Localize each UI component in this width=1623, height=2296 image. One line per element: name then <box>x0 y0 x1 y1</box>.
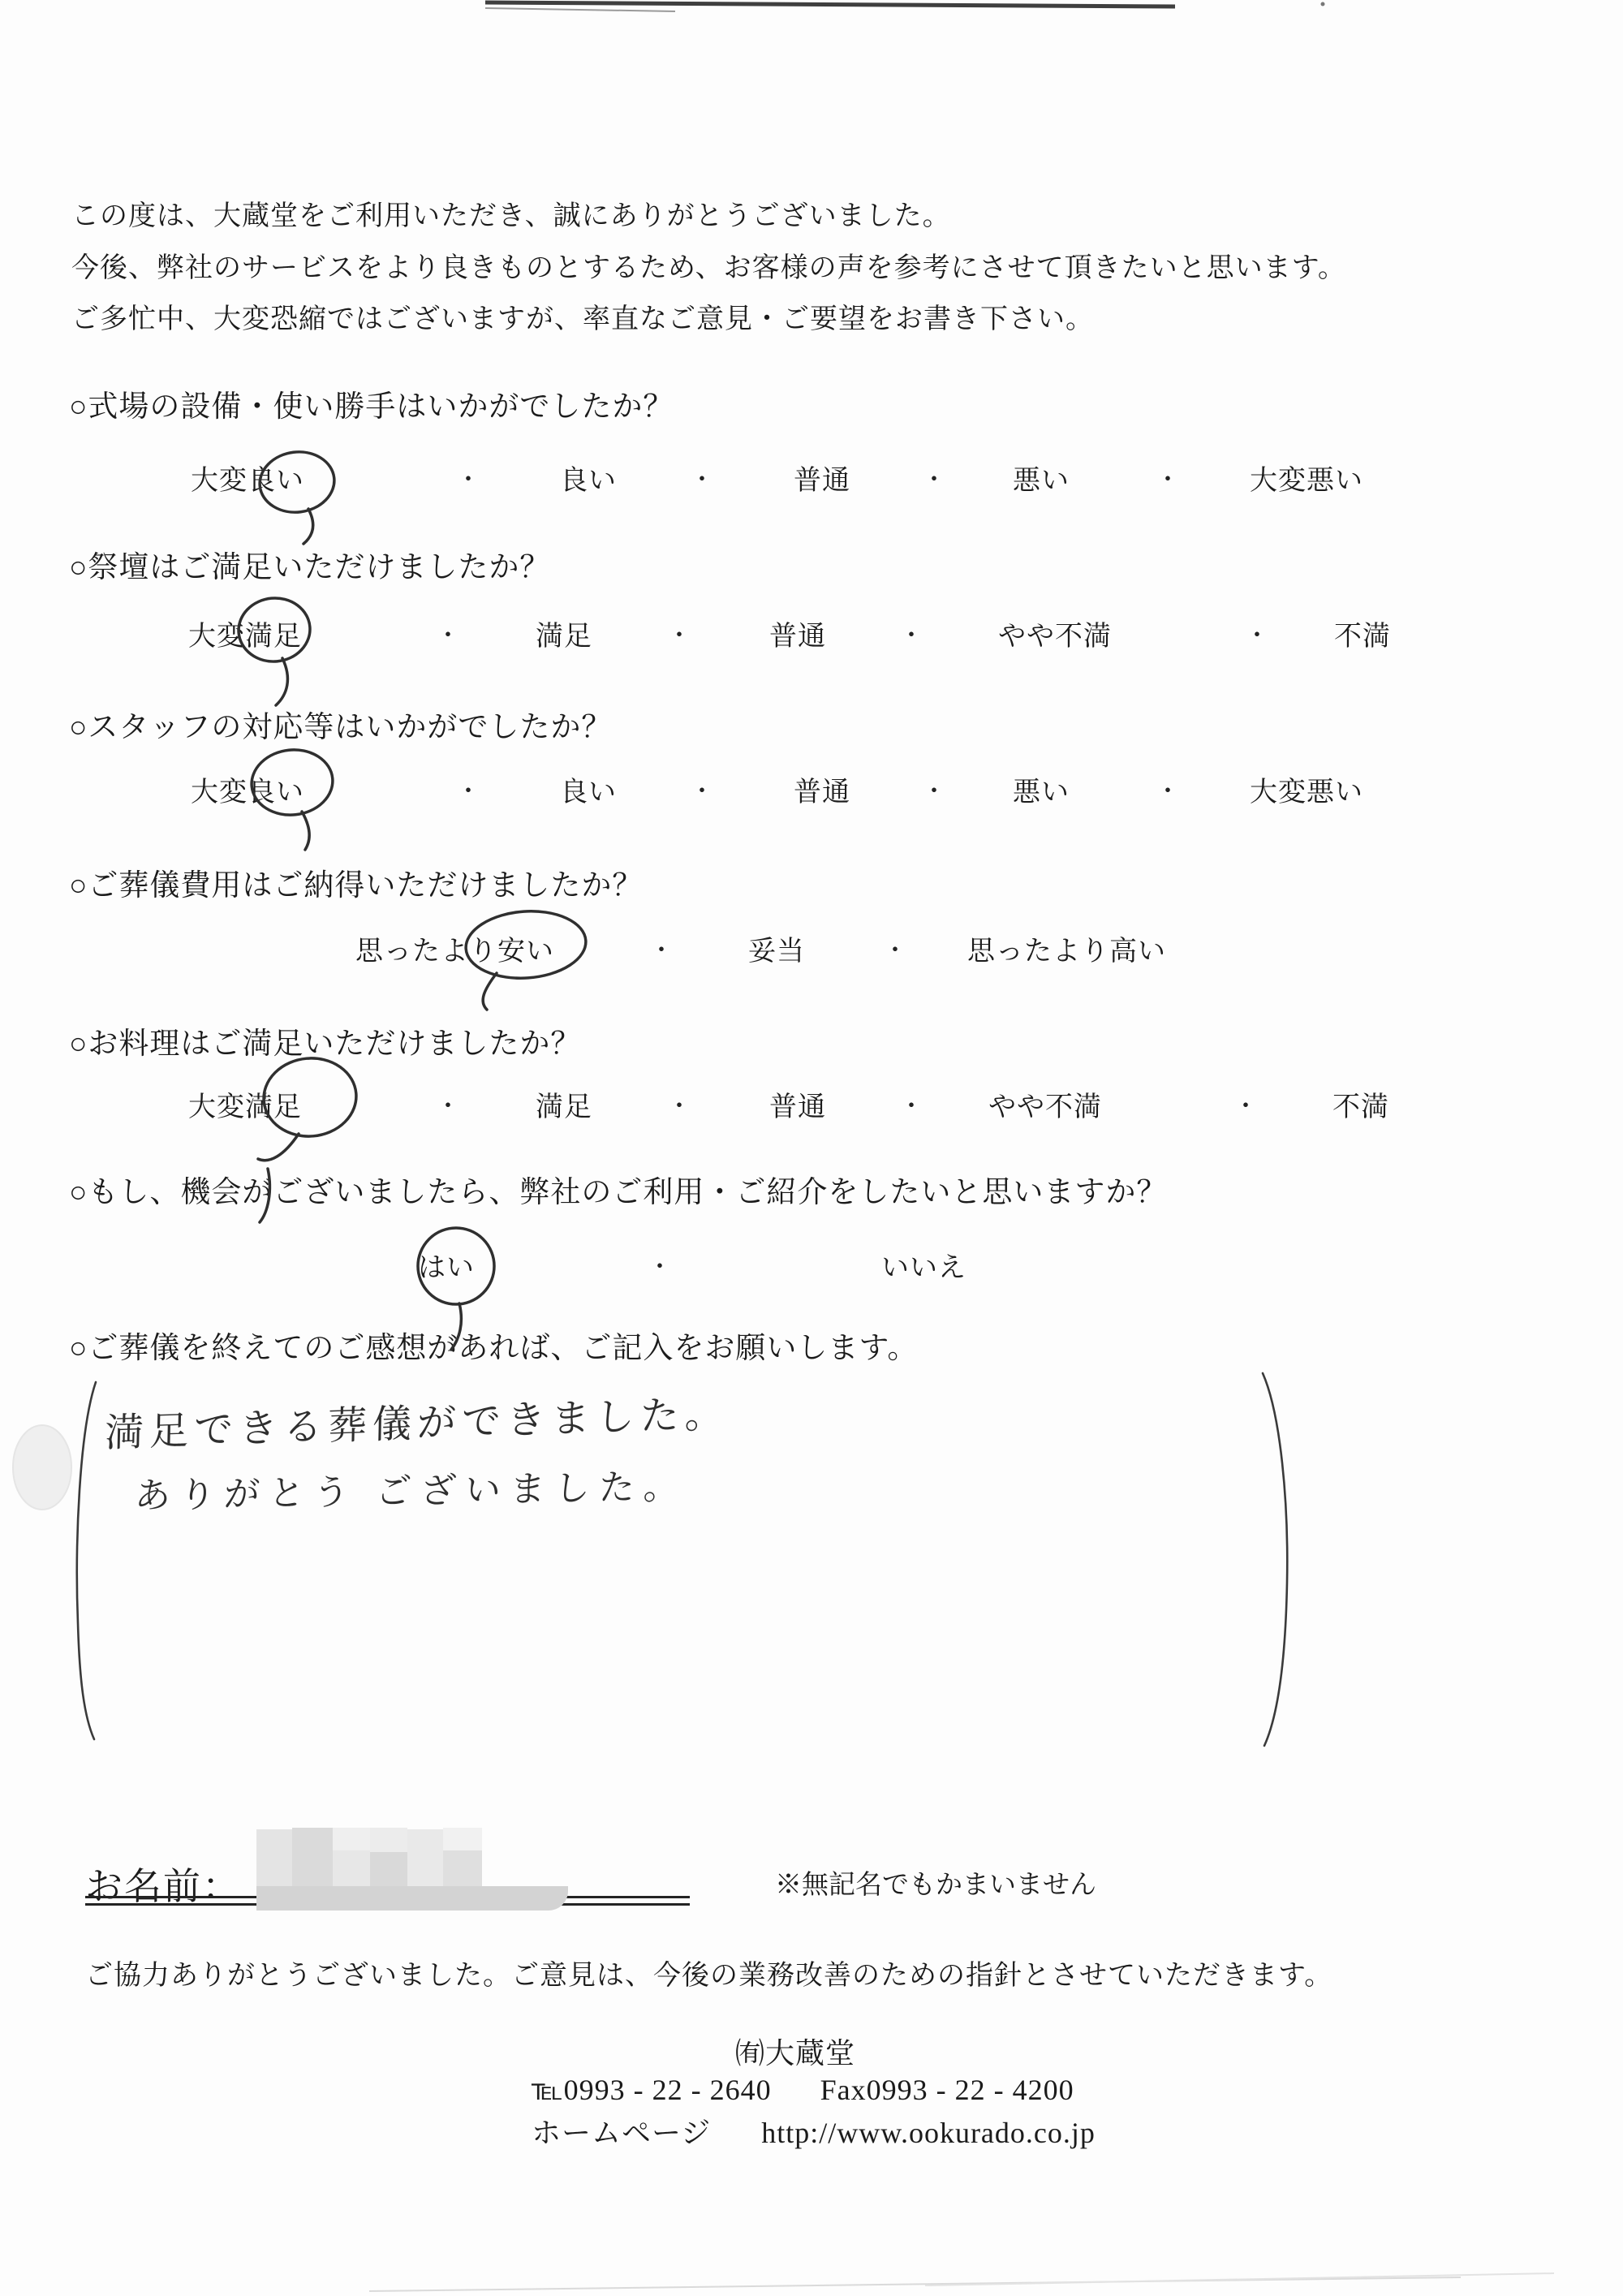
survey-scan-page: この度は、大蔵堂をご利用いただき、誠にありがとうございました。 今後、弊社のサー… <box>0 0 1623 2296</box>
option-separator: ・ <box>922 771 946 807</box>
option-separator: ・ <box>690 771 714 807</box>
closing-note: ご協力ありがとうございました。ご意見は、今後の業務改善のための指針とさせていただ… <box>85 1953 1332 1992</box>
answer-option: 良い <box>560 769 617 809</box>
answer-option: 妥当 <box>748 928 805 968</box>
answer-option: やや不満 <box>988 1084 1102 1124</box>
phone-fax-line: ℡0993 - 22 - 2640 Fax0993 - 22 - 4200 <box>532 2073 1074 2107</box>
option-separator: ・ <box>436 615 460 651</box>
answer-option: 大変悪い <box>1250 458 1363 498</box>
question-label-1: ○式場の設備・使い勝手はいかがでしたか？ <box>69 381 674 425</box>
comment-bracket-right <box>1263 1373 1287 1746</box>
option-separator: ・ <box>922 459 946 495</box>
answer-option: 大変悪い <box>1250 769 1363 809</box>
answer-option: 満足 <box>536 614 592 653</box>
option-separator: ・ <box>456 771 480 807</box>
option-separator: ・ <box>899 1086 923 1122</box>
option-separator: ・ <box>648 1247 672 1282</box>
answer-option: 思ったより安い <box>355 928 554 968</box>
scan-smudge <box>13 1425 71 1510</box>
annotations-overlay <box>0 0 1623 2296</box>
option-separator: ・ <box>649 930 674 966</box>
answer-option: 大変満足 <box>188 614 302 653</box>
question-label-7: ○ご葬儀を終えてのご感想があれば、ご記入をお願いします。 <box>69 1323 918 1367</box>
question-label-4: ○ご葬儀費用はご納得いただけましたか？ <box>69 860 643 904</box>
scan-artifact-top-line <box>485 2 1175 6</box>
option-separator: ・ <box>1233 1086 1258 1122</box>
intro-line: この度は、大蔵堂をご利用いただき、誠にありがとうございました。 <box>71 193 951 233</box>
option-separator: ・ <box>1156 771 1180 807</box>
option-separator: ・ <box>667 1086 691 1122</box>
answer-option: 不満 <box>1334 614 1391 653</box>
redacted-name-mosaic <box>256 1828 607 1910</box>
answer-option: 悪い <box>1013 458 1070 498</box>
option-separator: ・ <box>899 615 923 651</box>
question-label-2: ○祭壇はご満足いただけましたか？ <box>69 542 550 586</box>
option-separator: ・ <box>690 459 714 495</box>
option-separator: ・ <box>667 615 691 651</box>
answer-option: 大変良い <box>191 458 304 498</box>
answer-option: やや不満 <box>998 614 1112 653</box>
option-separator: ・ <box>1156 459 1180 495</box>
intro-line: ご多忙中、大変恐縮ではございますが、率直なご意見・ご要望をお書き下さい。 <box>71 296 1094 336</box>
handwritten-comment-line: ありがとう ございました。 <box>134 1457 690 1518</box>
option-separator: ・ <box>436 1086 460 1122</box>
question-label-5: ○お料理はご満足いただけましたか？ <box>69 1019 581 1062</box>
option-separator: ・ <box>1245 615 1269 651</box>
scan-artifact-dot <box>1321 2 1325 6</box>
answer-option: 満足 <box>536 1084 592 1124</box>
option-separator: ・ <box>456 459 480 495</box>
comment-bracket-left <box>77 1382 96 1739</box>
question-label-3: ○スタッフの対応等はいかがでしたか？ <box>69 702 612 746</box>
answer-option: 普通 <box>769 1084 826 1124</box>
company-name: ㈲大蔵堂 <box>735 2031 855 2072</box>
option-separator: ・ <box>883 930 907 966</box>
question-label-6: ○もし、機会がございましたら、弊社のご利用・ご紹介をしたいと思いますか？ <box>69 1167 1167 1211</box>
homepage-label: ホームページ <box>532 2117 711 2149</box>
answer-option: 大変満足 <box>188 1084 302 1124</box>
intro-line: 今後、弊社のサービスをより良きものとするため、お客様の声を参考にさせて頂きたいと… <box>71 245 1346 285</box>
answer-option: 不満 <box>1332 1084 1389 1124</box>
answer-option: 悪い <box>1013 769 1070 809</box>
answer-option: 思ったより高い <box>967 928 1166 968</box>
fax-number: Fax0993 - 22 - 4200 <box>820 2074 1074 2106</box>
scan-artifact-top-line-faint <box>485 8 675 11</box>
anonymous-note: ※無記名でもかまいません <box>775 1863 1096 1902</box>
answer-option: 普通 <box>794 769 850 809</box>
answer-option: 普通 <box>794 458 850 498</box>
answer-option: 普通 <box>769 614 826 653</box>
scan-artifact-bottom-line <box>369 2277 1461 2291</box>
scan-artifact-bottom-line-faint <box>925 2273 1554 2285</box>
answer-option: 大変良い <box>191 769 304 809</box>
answer-option: はい <box>418 1245 475 1285</box>
answer-option: いいえ <box>881 1245 966 1285</box>
answer-option: 良い <box>560 458 617 498</box>
homepage-url: http://www.ookurado.co.jp <box>761 2117 1096 2149</box>
homepage-line: ホームページ http://www.ookurado.co.jp <box>532 2110 1096 2152</box>
handwritten-comment-line: 満足できる葬儀ができました。 <box>105 1382 730 1458</box>
tel-number: ℡0993 - 22 - 2640 <box>532 2074 772 2106</box>
